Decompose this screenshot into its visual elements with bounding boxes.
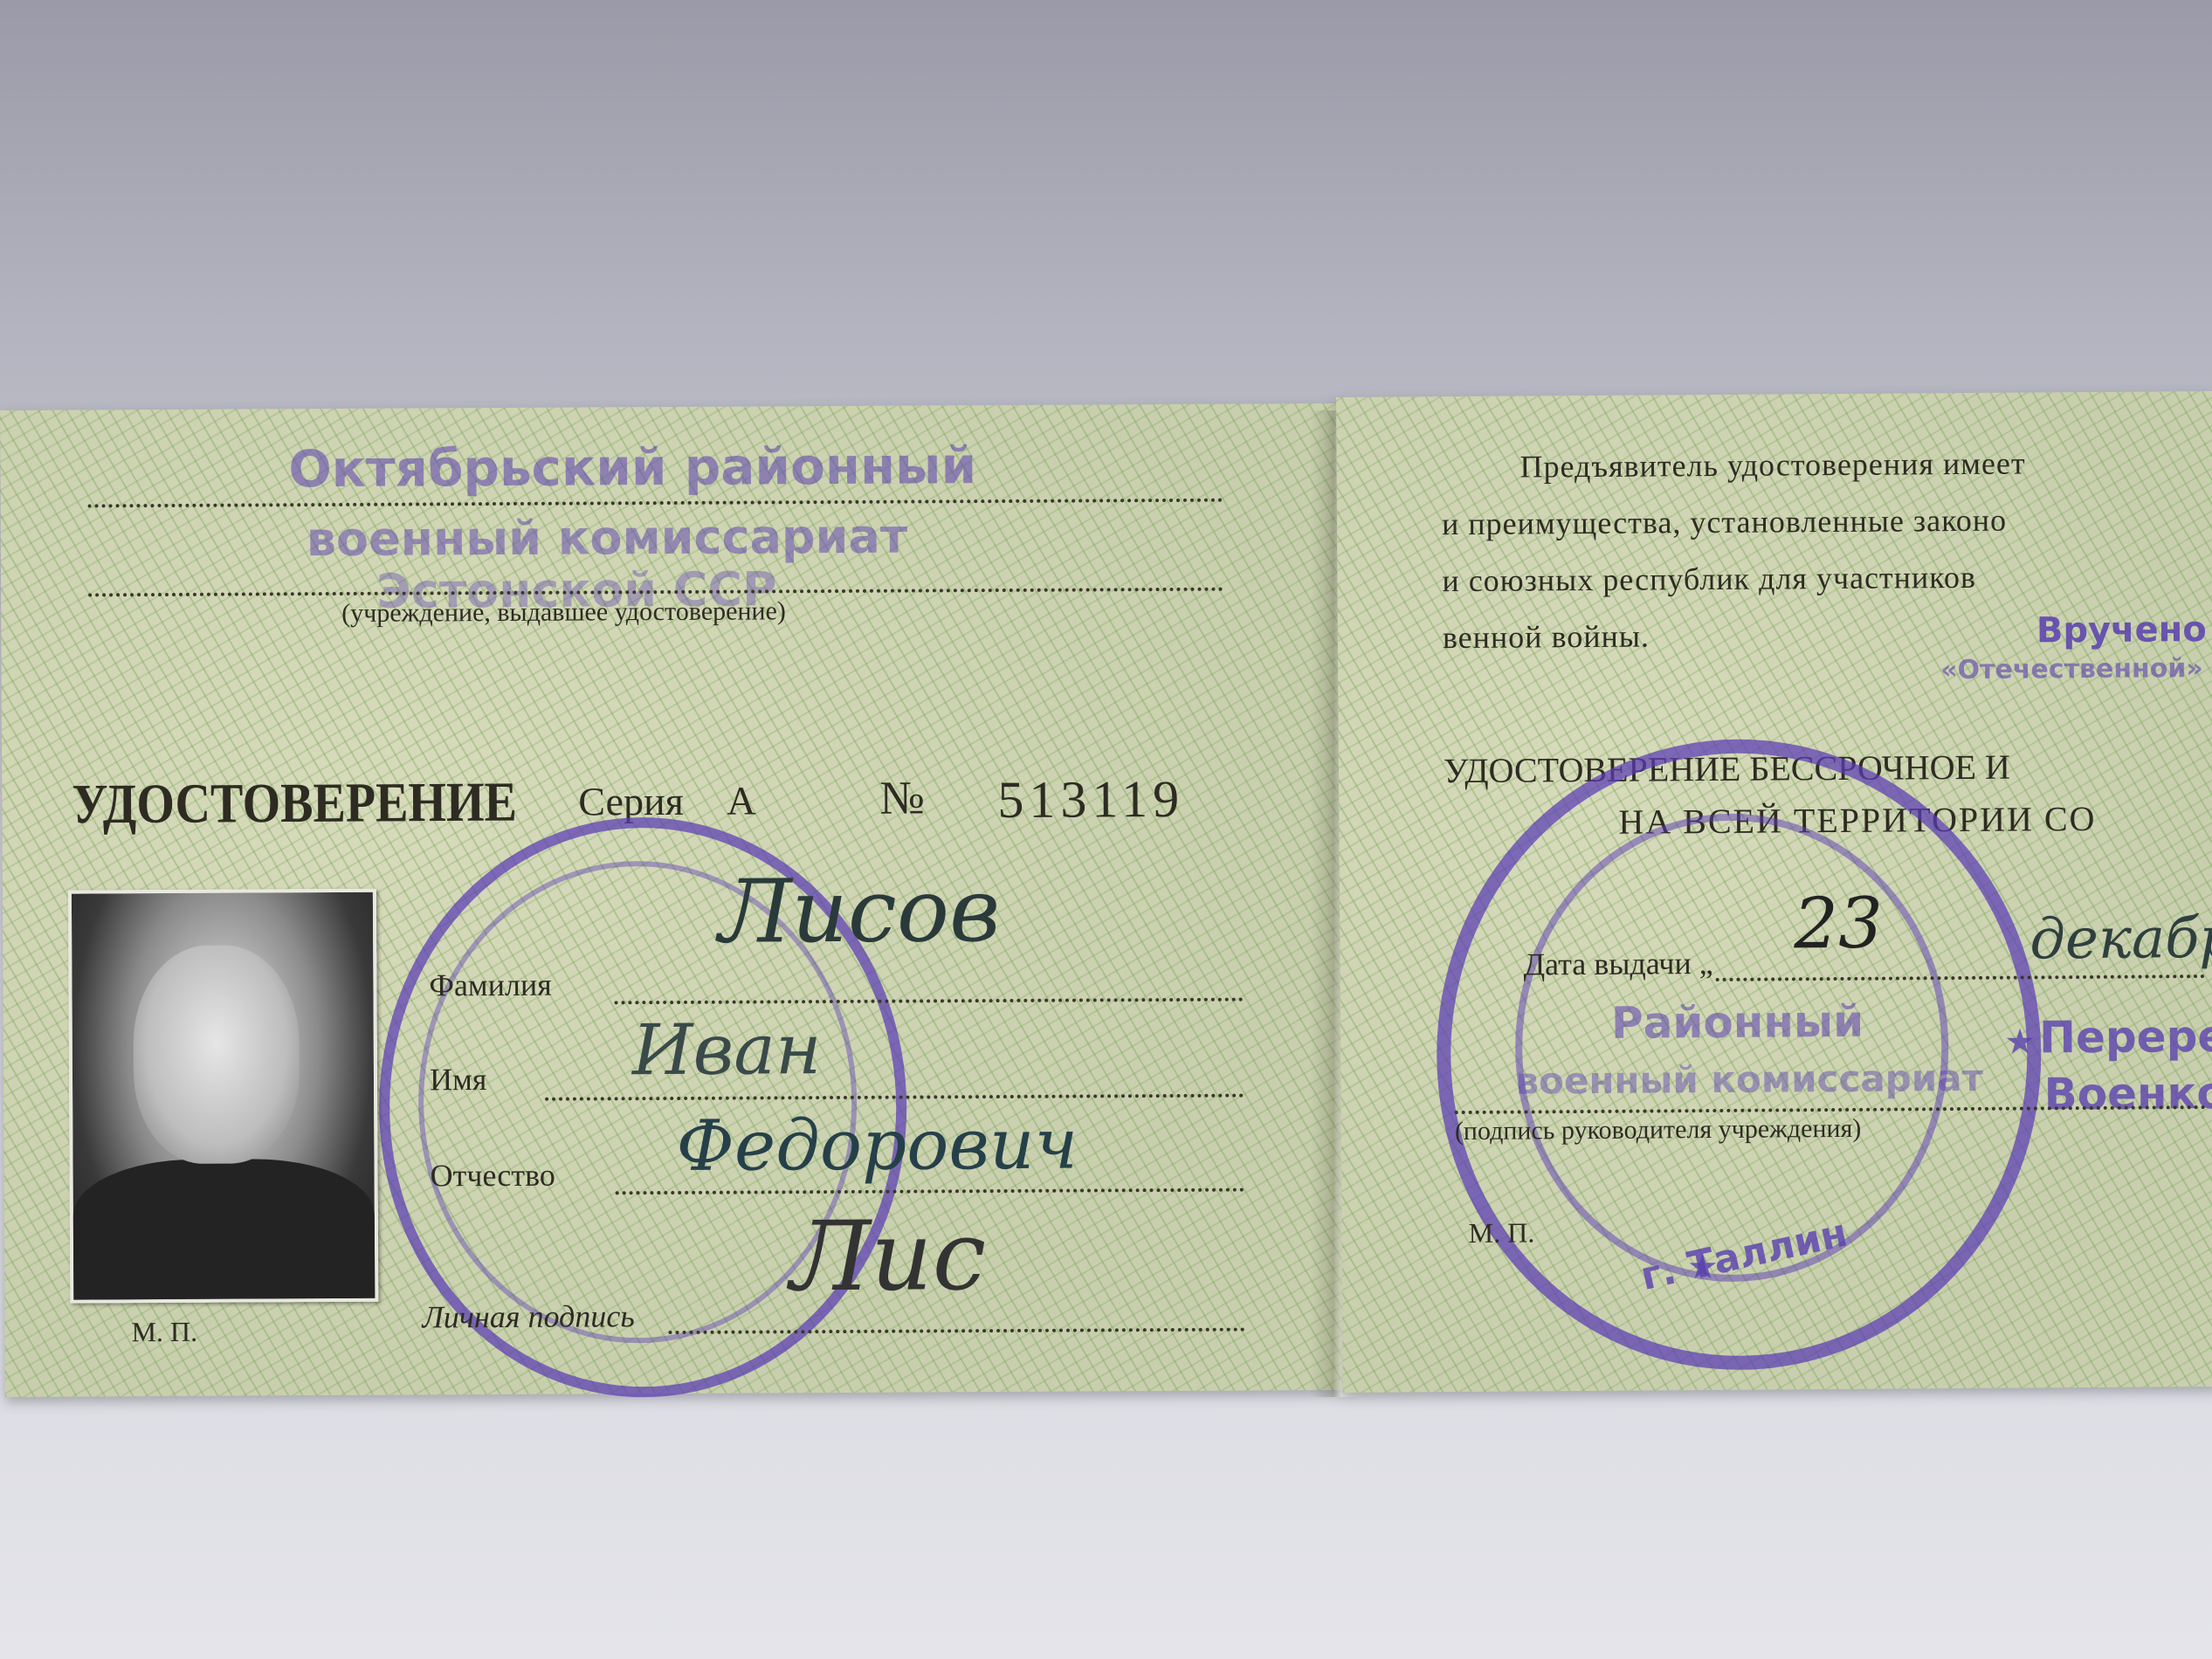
side-star-icon: ★ bbox=[2004, 1021, 2036, 1062]
signature-value: Лис bbox=[790, 1200, 987, 1312]
surname-label: Фамилия bbox=[429, 967, 551, 1004]
issuer-stamp-line-2: военный комиссариат bbox=[307, 509, 908, 568]
head-signature-caption: (подпись руководителя учреждения) bbox=[1455, 1114, 1862, 1146]
signature-label: Личная подпись bbox=[422, 1298, 634, 1335]
award-stamp-line-1: Вручено bbox=[2036, 609, 2207, 651]
patronymic-value: Федорович bbox=[676, 1104, 1078, 1187]
seal-mark-right: М. П. bbox=[1469, 1216, 1535, 1249]
rights-line-3: и союзных республик для участников bbox=[1442, 559, 1976, 599]
first-name-label: Имя bbox=[430, 1061, 487, 1098]
issue-date-day: 23 bbox=[1794, 883, 1883, 965]
issue-date-month: декабря bbox=[2029, 906, 2212, 973]
number-label: № bbox=[879, 770, 925, 824]
certificate-number: 513119 bbox=[997, 769, 1184, 830]
series-value: А bbox=[727, 777, 756, 823]
side-stamp-line-2: Военко bbox=[2043, 1068, 2212, 1119]
issuer-caption: (учреждение, выдавшее удостоверение) bbox=[341, 596, 786, 629]
holder-photo bbox=[68, 889, 378, 1304]
left-page: Октябрьский районный военный комиссариат… bbox=[0, 403, 1346, 1397]
seal-mark-left: М. П. bbox=[131, 1316, 197, 1348]
side-stamp-line-1: Перере bbox=[2039, 1011, 2212, 1064]
patronymic-label: Отчество bbox=[430, 1157, 555, 1194]
issuer-line-1 bbox=[88, 499, 1223, 508]
issue-date-label: Дата выдачи „ bbox=[1523, 945, 1712, 983]
photo-face bbox=[133, 945, 300, 1164]
award-stamp-line-2: «Отечественной» bbox=[1940, 653, 2203, 685]
round-stamp-commissariat: военный комиссариат bbox=[1515, 1057, 1983, 1103]
right-page: Предъявитель удостоверения имеет и преим… bbox=[1336, 391, 2212, 1393]
star-icon: ★ bbox=[1687, 1246, 1719, 1287]
round-stamp-district: Районный bbox=[1611, 996, 1864, 1049]
rights-line-2: и преимущества, установленные законо bbox=[1442, 502, 2007, 543]
photo-jacket bbox=[72, 1159, 375, 1300]
surname-value: Лисов bbox=[719, 859, 1001, 963]
first-name-value: Иван bbox=[632, 1008, 822, 1091]
issuer-stamp-line-1: Октябрьский районный bbox=[288, 436, 976, 499]
certificate-title: УДОСТОВЕРЕНИЕ bbox=[72, 770, 517, 836]
rights-line-1: Предъявитель удостоверения имеет bbox=[1519, 444, 2025, 485]
rights-line-4: венной войны. bbox=[1443, 618, 1650, 657]
